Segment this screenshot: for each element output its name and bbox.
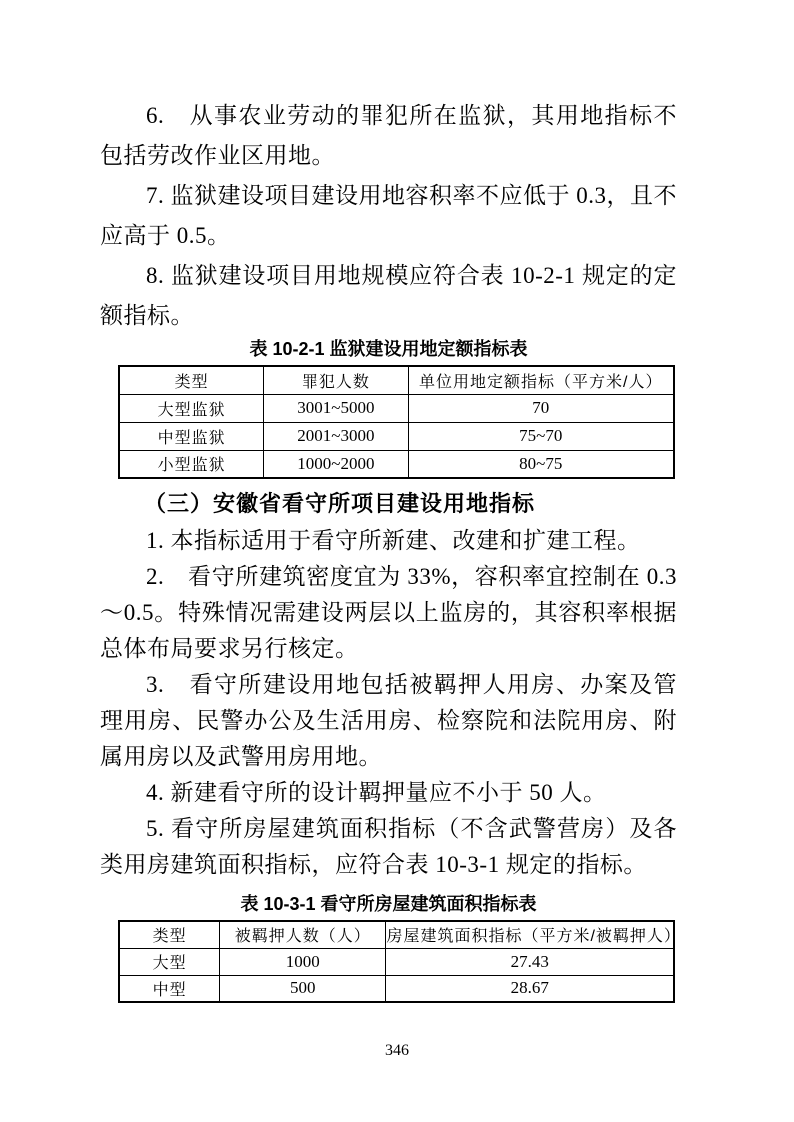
table-cell-type: 中型 [119, 975, 220, 1002]
table-header-row: 类型 罪犯人数 单位用地定额指标（平方米/人） [119, 366, 674, 394]
table-caption-10-3-1: 表 10-3-1 看守所房屋建筑面积指标表 [100, 893, 677, 915]
table-cell-count: 1000~2000 [264, 450, 408, 478]
page-number: 346 [0, 1042, 794, 1060]
table-cell-type: 小型监狱 [119, 450, 264, 478]
col-header-building-area-index: 房屋建筑面积指标（平方米/被羁押人） [386, 921, 674, 948]
table-header-row: 类型 被羁押人数（人） 房屋建筑面积指标（平方米/被羁押人） [119, 921, 674, 948]
table-cell-count: 500 [220, 975, 386, 1002]
table-cell-index: 27.43 [386, 948, 674, 975]
table-row: 中型监狱 2001~3000 75~70 [119, 422, 674, 450]
col-header-unit-land-quota: 单位用地定额指标（平方米/人） [408, 366, 674, 394]
table-cell-type: 大型监狱 [119, 394, 264, 422]
document-page: 6. 从事农业劳动的罪犯所在监狱，其用地指标不包括劳改作业区用地。 7. 监狱建… [0, 0, 794, 1122]
paragraph-item-8: 8. 监狱建设项目用地规模应符合表 10-2-1 规定的定额指标。 [100, 256, 677, 336]
paragraph-item-6: 6. 从事农业劳动的罪犯所在监狱，其用地指标不包括劳改作业区用地。 [100, 96, 677, 176]
table-cell-count: 2001~3000 [264, 422, 408, 450]
col-header-prisoner-count: 罪犯人数 [264, 366, 408, 394]
table-cell-quota: 80~75 [408, 450, 674, 478]
table-cell-type: 大型 [119, 948, 220, 975]
col-header-type: 类型 [119, 366, 264, 394]
paragraph-item-2: 2. 看守所建筑密度宜为 33%，容积率宜控制在 0.3～0.5。特殊情况需建设… [100, 559, 677, 667]
table-caption-10-2-1: 表 10-2-1 监狱建设用地定额指标表 [100, 338, 677, 360]
table-row: 大型 1000 27.43 [119, 948, 674, 975]
table-row: 大型监狱 3001~5000 70 [119, 394, 674, 422]
table-cell-count: 1000 [220, 948, 386, 975]
col-header-type: 类型 [119, 921, 220, 948]
table-row: 中型 500 28.67 [119, 975, 674, 1002]
section-heading: （三）安徽省看守所项目建设用地指标 [100, 489, 677, 519]
paragraph-item-3: 3. 看守所建设用地包括被羁押人用房、办案及管理用房、民警办公及生活用房、检察院… [100, 667, 677, 775]
table-cell-quota: 75~70 [408, 422, 674, 450]
paragraph-item-5: 5. 看守所房屋建筑面积指标（不含武警营房）及各类用房建筑面积指标，应符合表 1… [100, 811, 677, 883]
paragraph-item-4: 4. 新建看守所的设计羁押量应不小于 50 人。 [100, 775, 677, 811]
table-10-2-1: 类型 罪犯人数 单位用地定额指标（平方米/人） 大型监狱 3001~5000 7… [118, 365, 675, 479]
paragraph-item-1: 1. 本指标适用于看守所新建、改建和扩建工程。 [100, 523, 677, 559]
table-10-3-1: 类型 被羁押人数（人） 房屋建筑面积指标（平方米/被羁押人） 大型 1000 2… [118, 920, 675, 1003]
paragraph-item-7: 7. 监狱建设项目建设用地容积率不应低于 0.3，且不应高于 0.5。 [100, 176, 677, 256]
table-row: 小型监狱 1000~2000 80~75 [119, 450, 674, 478]
table-cell-type: 中型监狱 [119, 422, 264, 450]
table-cell-quota: 70 [408, 394, 674, 422]
col-header-detainee-count: 被羁押人数（人） [220, 921, 386, 948]
table-cell-count: 3001~5000 [264, 394, 408, 422]
table-cell-index: 28.67 [386, 975, 674, 1002]
